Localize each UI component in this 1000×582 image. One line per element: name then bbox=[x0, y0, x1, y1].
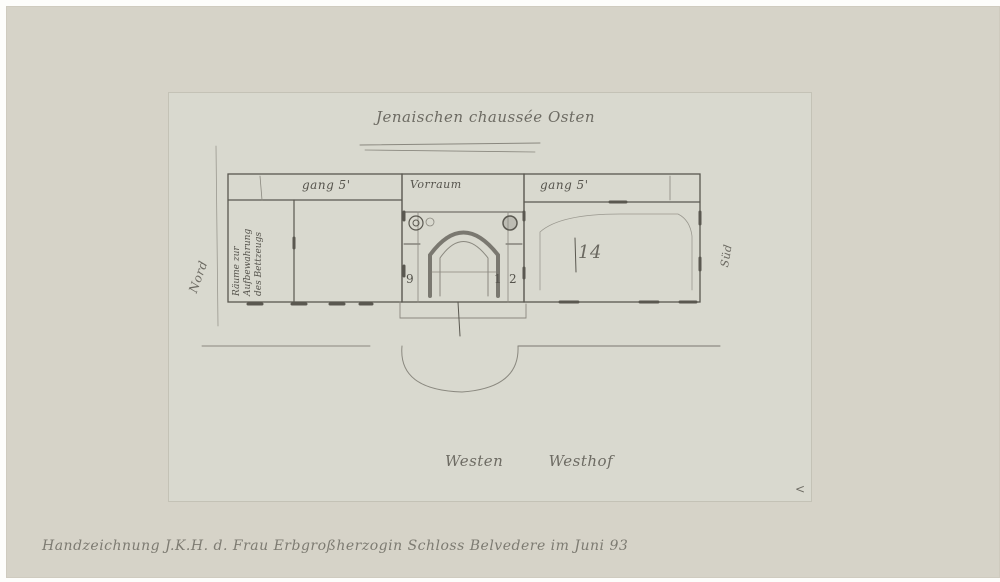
top-inscription: Jenaischen chaussée Osten bbox=[376, 108, 595, 126]
bottom-inscription: Westen Westhof bbox=[445, 452, 613, 470]
corner-mark: < bbox=[795, 482, 806, 496]
floor-plan-drawing bbox=[0, 0, 1000, 582]
label-line: des Bettzeugs bbox=[254, 229, 265, 296]
caption-inscription: Handzeichnung J.K.H. d. Frau Erbgroßherz… bbox=[42, 538, 628, 554]
room-label-left-corridor: gang 5' bbox=[302, 178, 351, 192]
label-line: Aufbewahrung bbox=[243, 229, 254, 296]
room-label-right-corridor: gang 5' bbox=[540, 178, 589, 192]
center-number-left: 9 bbox=[406, 272, 414, 286]
label-line: Räume zur bbox=[232, 229, 243, 296]
room-label-left-narrow: Räume zur Aufbewahrung des Bettzeugs bbox=[232, 229, 265, 296]
room-label-right-room: 14 bbox=[578, 242, 602, 263]
center-number-right: 2 bbox=[509, 272, 517, 286]
room-label-center: Vorraum bbox=[410, 178, 462, 191]
center-number-middle: 1 bbox=[494, 272, 502, 286]
